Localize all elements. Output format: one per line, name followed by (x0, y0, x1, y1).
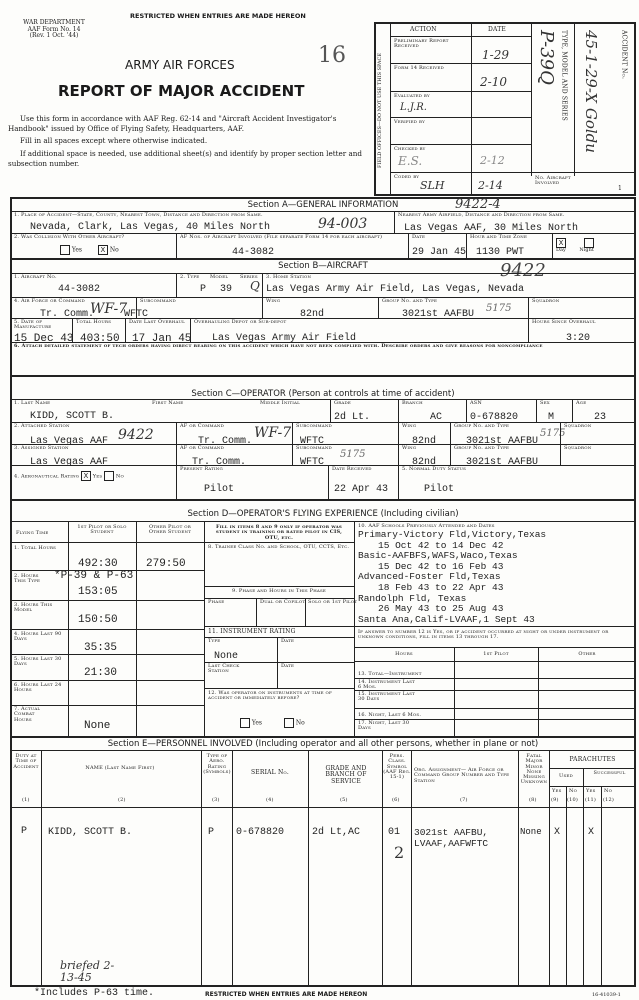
col-flying-time: Flying Time (16, 531, 49, 536)
present-rating-value: Pilot (204, 484, 234, 495)
used-no-header: No (569, 789, 577, 794)
e-header-grade: GRADE AND BRANCH OF SERVICE (314, 766, 378, 785)
date-received-label: Date Received (332, 467, 372, 472)
last-check-label: Last Check Station (208, 664, 248, 675)
day-label: Day (556, 247, 566, 253)
office-row-label: Evaluated by (394, 94, 464, 99)
present-rating-label: Present Rating (180, 467, 223, 472)
col-oth: Other (538, 652, 636, 657)
on-instruments-options: Yes No (240, 718, 305, 728)
model-value: 39 (220, 284, 232, 295)
assigned-label: 3. Assigned Station (14, 446, 69, 451)
last-name-label: 1. Last Name (14, 401, 50, 406)
successful-header: Successful (583, 771, 636, 776)
office-col-date: DATE (488, 27, 506, 33)
office-side-label: FIELD OFFICES—DO NOT USE THIS SPACE (377, 28, 383, 193)
e-header-rating: Type of Aero. Rating (Symbols) (203, 754, 231, 775)
office-row-date: 2-10 (480, 75, 507, 89)
flying-row-first: 153:05 (78, 586, 118, 598)
row-class-hand: 2 (394, 843, 404, 862)
page-title: REPORT OF MAJOR ACCIDENT (58, 82, 304, 100)
af-nos-label: AF Nos. of Aircraft Involved (File separ… (180, 235, 400, 240)
day-night-options: X Day Night (556, 238, 594, 254)
row-succ-yes: X (588, 827, 594, 838)
place-value: Nevada, Clark, Las Vegas, 40 Miles North (30, 222, 270, 233)
office-row-date: 2-14 (478, 179, 503, 192)
e-header-num: (8) (529, 798, 537, 803)
type-model-label: TYPE, MODEL AND SERIES (560, 30, 566, 121)
aero-no-checkbox[interactable] (104, 471, 114, 481)
restricted-bottom: RESTRICTED WHEN ENTRIES ARE MADE HEREON (205, 991, 367, 998)
inst-type-label: Type (208, 639, 220, 644)
page-number: 16 (318, 43, 346, 68)
school-line: Primary-Victory Fld,Victory,Texas (358, 530, 546, 541)
hour-label: Hour and Time Zone (470, 235, 527, 240)
attached-hand: 9422 (118, 427, 154, 443)
on-instruments-label: 12. Was operator on instruments at time … (208, 691, 352, 702)
flying-row-label: 7. Actual Combat Hours (14, 707, 54, 723)
att-group-hand: 5175 (540, 428, 565, 439)
section-c-title: Section C—OPERATOR (Person at controls a… (10, 389, 636, 399)
on-inst-no-checkbox[interactable] (284, 718, 294, 728)
mi-label: Middle Initial (260, 401, 300, 406)
row-serial: 0-678820 (236, 827, 284, 838)
section-a-title: Section A—GENERAL INFORMATION (10, 200, 636, 210)
form-dept: WAR DEPARTMENT AAF Form No. 14 (Rev. 1 O… (14, 20, 94, 40)
total-hours-label: Total Hours (76, 320, 111, 325)
instruction-3: If additional space is needed, use addit… (8, 149, 368, 168)
flying-row-label: 1. Total Hours (14, 546, 64, 551)
asg-group-value: 3021st AAFBU (466, 457, 538, 468)
att-af-label: AF or Command (180, 424, 224, 429)
section-b-code: 9422 (500, 260, 546, 281)
flying-row-first: 492:30 (78, 558, 118, 570)
footnote: *Includes P-63 time. (34, 988, 154, 999)
para-num: (9) (551, 798, 559, 803)
duty-status-label: 5. Normal Duty Status (402, 467, 466, 472)
home-station-value: Las Vegas Army Air Field, Las Vegas, Nev… (266, 284, 524, 295)
flying-row-first: 21:30 (84, 667, 117, 679)
date-label: Date (412, 235, 425, 240)
hours-since-label: Hours Since Overhaul (532, 320, 596, 325)
on-inst-yes-checkbox[interactable] (240, 718, 250, 728)
inst-row-label: 13. Total—Instrument (358, 672, 422, 677)
airfield-label: Nearest Army Airfield, Distance and Dire… (398, 213, 565, 218)
solo-label: Solo or 1st Pilot (308, 600, 357, 605)
e-header-num: (5) (340, 798, 348, 803)
inst-row-label: 17. Night, Last 30 Days (358, 721, 418, 732)
accident-no-label: ACCIDENT No. (620, 30, 626, 79)
att-sq-label: Squadron (564, 424, 591, 429)
instruction-1: Use this form in accordance with AAF Reg… (8, 114, 368, 133)
schools-list: Primary-Victory Fld,Victory,Texas 15 Oct… (358, 530, 546, 625)
series-value: Q (250, 279, 260, 293)
col-1st-pilot: 1st Pilot or Solo Student (72, 525, 132, 536)
used-header: Used (549, 774, 583, 779)
col-hours: Hours (354, 652, 454, 657)
e-header-num: (2) (118, 798, 126, 803)
place-hand: 94-003 (318, 216, 367, 232)
on-inst-yes-label: Yes (252, 720, 262, 727)
flying-row-first: 35:35 (84, 642, 117, 654)
operator-name: KIDD, SCOTT B. (30, 411, 114, 422)
overhaul-depot-label: Overhauling Depot or Sub-depot (194, 320, 286, 325)
attached-label: 2. Attached Station (14, 424, 70, 429)
flying-row-first: None (84, 720, 110, 732)
sex-label: Sex (540, 401, 550, 406)
phase-title: 9. Phase and Hours in This Phase (204, 589, 354, 594)
group-label: Group No. and Type (382, 299, 437, 304)
e-header-class: Pers. Class. Symbol (AAF Reg. 15-1) (383, 754, 411, 780)
briefed-note: briefed 2-13-45 (60, 960, 120, 984)
succ-no-header: No (604, 789, 612, 794)
aero-yes-label: Yes (93, 474, 103, 480)
phase-label: Phase (208, 600, 224, 605)
subcommand-label: Subcommand (140, 299, 176, 304)
office-row-label: Verified by (394, 120, 464, 125)
collision-options: Yes X No (60, 245, 119, 255)
e-header-num: (4) (266, 798, 274, 803)
e-header-num: (1) (22, 798, 30, 803)
flying-row-other: 279:50 (146, 558, 186, 570)
office-row-date: 2-12 (480, 154, 505, 167)
row-name: KIDD, SCOTT B. (48, 827, 132, 838)
aircraft-no-label: 1. Aircraft No. (14, 275, 57, 280)
row-duty: P (21, 826, 27, 837)
row-rating: P (208, 827, 214, 838)
home-station-label: 3. Home Station (266, 275, 311, 280)
section-a-code: 9422-4 (455, 197, 501, 212)
asg-sq-label: Squadron (564, 446, 591, 451)
flying-row-label: 3. Hours This Model (14, 603, 64, 614)
asg-sub-hand: 5175 (340, 449, 365, 460)
no-aircraft-label: No. Aircraft Involved (535, 176, 595, 187)
no-aircraft-value: 1 (618, 186, 622, 193)
org-title: ARMY AIR FORCES (125, 58, 235, 72)
night-note: If answer to number 12 is Yes, or if acc… (358, 630, 630, 641)
squadron-label: Squadron (532, 299, 559, 304)
last-overhaul-label: Date Last Overhaul (129, 320, 185, 325)
e-header-name: NAME (Last Name First) (80, 766, 160, 771)
date-received-value: 22 Apr 43 (334, 484, 388, 495)
para-num: (10) (567, 798, 578, 803)
flying-row-label: 5. Hours Last 30 Days (14, 657, 64, 668)
aero-rating-label: 4. Aeronautical Rating (14, 474, 79, 480)
att-wing-label: Wing (402, 424, 416, 429)
student-note: Fill in items 8 and 9 only if operator w… (208, 525, 350, 541)
flying-row-label: 4. Hours Last 90 Days (14, 632, 64, 643)
af-command-label: 4. Air Force or Command (14, 299, 85, 304)
office-row-label: Form 14 Received (394, 66, 464, 71)
e-header-num: (3) (212, 798, 220, 803)
age-label: Age (576, 401, 586, 406)
print-code: 16-41039-1 (592, 992, 621, 998)
flying-row-first: 150:50 (78, 614, 118, 626)
night-label: Night (579, 247, 593, 253)
date-value: 29 Jan 45 (412, 247, 466, 258)
asn-label: ASN (470, 401, 482, 406)
aero-yes-checkbox[interactable]: X (81, 471, 91, 481)
succ-yes-header: Yes (586, 789, 596, 794)
type-label: 2. Type (180, 275, 199, 280)
collision-label: 2. Was Collision With Other Aircraft? (14, 235, 124, 240)
type-model-value: P-39Q (536, 30, 557, 85)
flying-row-label: 2. Hours This Type (14, 574, 50, 585)
branch-label: Branch (402, 401, 423, 406)
accident-no-value: 45-1-29-X Goldu (582, 30, 600, 153)
af-command-hand: WF-7 (90, 301, 127, 317)
e-header-serial: SERIAL No. (232, 770, 308, 776)
row-org: 3021st AAFBU, LVAAF,AAFWFTC (414, 827, 516, 849)
school-line: 18 Feb 43 to 22 Apr 43 (358, 583, 546, 594)
e-header-num: (6) (392, 798, 400, 803)
place-label: 1. Place of Accident—State, County, Near… (14, 213, 263, 218)
duty-status-value: Pilot (424, 484, 454, 495)
asg-sub-value: WFTC (300, 457, 324, 468)
inst-row-label: 16. Night, Last 6 Mos. (358, 713, 421, 718)
collision-no-label: No (110, 247, 119, 254)
on-inst-no-label: No (296, 720, 305, 727)
inst-date-label: Date (281, 639, 294, 644)
assigned-value: Las Vegas AAF (30, 457, 108, 468)
collision-yes-label: Yes (72, 247, 82, 254)
asg-group-label: Group No. and Type (454, 446, 509, 451)
af-nos-value: 44-3082 (232, 247, 274, 258)
e-header-org: Org. Assignment— Air Force or Command Gr… (414, 768, 516, 784)
aircraft-no-value: 44-3082 (58, 284, 100, 295)
asg-wing-label: Wing (402, 446, 416, 451)
item6-text: 6. Attach detailed statement of tech ord… (14, 344, 624, 349)
office-row-label: Checked by (394, 147, 464, 152)
para-num: (11) (585, 798, 596, 803)
school-line: Santa Ana,Calif-LVAAF,1 Sept 43 (358, 615, 546, 626)
parachutes-header: PARACHUTES (549, 757, 636, 763)
grade-label: Grade (334, 401, 351, 406)
office-row-value: E.S. (398, 154, 422, 168)
hour-value: 1130 PWT (476, 247, 524, 258)
e-header-num: (7) (460, 798, 468, 803)
e-header-injury: Fatal Major Minor None Missing Unknown (519, 754, 549, 786)
type-value: P (200, 284, 206, 295)
aero-rating: 4. Aeronautical Rating X Yes No (14, 471, 124, 481)
office-row-date: 1-29 (482, 48, 509, 62)
last-check-date-label: Date (281, 664, 294, 669)
att-af-hand: WF-7 (254, 425, 291, 441)
asg-sub-label: Subcommand (296, 446, 332, 451)
instrument-title: 11. INSTRUMENT RATING (208, 629, 296, 635)
trainee-label: 8. Trainee Class No. and School, OTU, CC… (208, 545, 352, 550)
model-label: Model (210, 275, 228, 280)
col-other-pilot: Other Pilot or Other Student (140, 525, 200, 536)
row-injury: None (520, 827, 542, 837)
office-col-action: ACTION (410, 27, 437, 33)
att-group-label: Group No. and Type (454, 424, 509, 429)
form-rev: (Rev. 1 Oct. '44) (14, 33, 94, 40)
aero-no-label: No (116, 474, 124, 480)
collision-no-checkbox[interactable]: X (98, 245, 108, 255)
dual-label: Dual or Copilot (260, 600, 305, 605)
col-1st: 1st Pilot (454, 652, 538, 657)
asg-af-label: AF or Command (180, 446, 224, 451)
flying-row-note: *P-39 & P-63 (54, 570, 133, 582)
att-sub-label: Subcommand (296, 424, 332, 429)
group-hand: 5175 (486, 303, 511, 314)
used-yes-header: Yes (552, 789, 562, 794)
first-name-label: First Name (152, 401, 183, 406)
inst-row-label: 15. Instrument Last 30 Days (358, 692, 418, 703)
section-e-title: Section E—PERSONNEL INVOLVED (Including … (10, 739, 636, 749)
office-row-label: Preliminary Report Received (394, 39, 464, 50)
instruction-2: Fill in all spaces except where otherwis… (8, 136, 368, 146)
row-class: 01 (388, 827, 400, 838)
row-used-yes: X (554, 827, 560, 838)
instructions: Use this form in accordance with AAF Reg… (8, 114, 368, 169)
section-d-title: Section D—OPERATOR'S FLYING EXPERIENCE (… (10, 509, 636, 519)
e-header-duty: Duty at Time of Accident (12, 754, 40, 770)
office-row-value: L.J.R. (400, 102, 427, 113)
restricted-top: RESTRICTED WHEN ENTRIES ARE MADE HEREON (130, 12, 306, 20)
office-row-value: SLH (420, 179, 444, 192)
wing-label: Wing (266, 299, 280, 304)
flying-row-label: 6. Hours Last 24 Hours (14, 683, 64, 694)
mfg-date-label: 5. Date of Manufacture (14, 320, 64, 331)
inst-row-label: 14. Instrument Last 6 Mos. (358, 680, 418, 691)
inst-type-value: None (214, 651, 238, 662)
collision-yes-checkbox[interactable] (60, 245, 70, 255)
para-num: (12) (603, 798, 614, 803)
row-grade: 2d Lt,AC (312, 827, 360, 838)
